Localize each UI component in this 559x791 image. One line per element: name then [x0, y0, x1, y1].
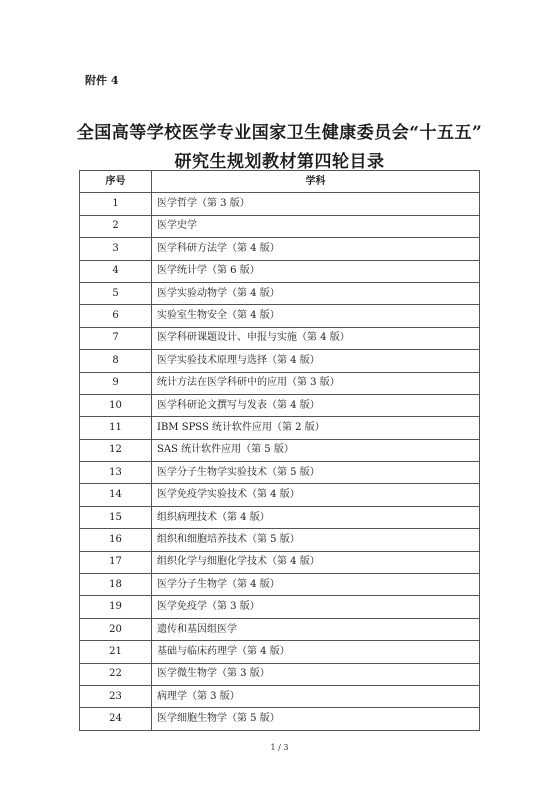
table-row: 14医学免疫学实验技术（第 4 版） [80, 484, 480, 506]
table-row: 19医学免疫学（第 3 版） [80, 596, 480, 618]
row-subject: 遗传和基因组医学 [152, 618, 480, 640]
row-number: 22 [80, 663, 152, 685]
row-subject: 基础与临床药理学（第 4 版） [152, 641, 480, 663]
table-row: 10医学科研论文撰写与发表（第 4 版） [80, 394, 480, 416]
row-number: 13 [80, 462, 152, 484]
table-row: 5医学实验动物学（第 4 版） [80, 282, 480, 304]
table-row: 12SAS 统计软件应用（第 5 版） [80, 439, 480, 461]
row-subject: 医学免疫学（第 3 版） [152, 596, 480, 618]
row-subject: 医学科研论文撰写与发表（第 4 版） [152, 394, 480, 416]
row-subject: 医学统计学（第 6 版） [152, 260, 480, 282]
row-number: 21 [80, 641, 152, 663]
row-number: 4 [80, 260, 152, 282]
page-number: 1 / 3 [0, 743, 559, 752]
column-header-number: 序号 [80, 171, 152, 193]
table-row: 15组织病理技术（第 4 版） [80, 506, 480, 528]
row-number: 16 [80, 529, 152, 551]
row-number: 5 [80, 282, 152, 304]
row-subject: 组织病理技术（第 4 版） [152, 506, 480, 528]
attachment-label: 附件 4 [85, 72, 118, 88]
row-subject: 医学分子生物学（第 4 版） [152, 574, 480, 596]
row-number: 6 [80, 305, 152, 327]
row-subject: IBM SPSS 统计软件应用（第 2 版） [152, 417, 480, 439]
table-row: 3医学科研方法学（第 4 版） [80, 238, 480, 260]
row-number: 12 [80, 439, 152, 461]
row-subject: 医学实验动物学（第 4 版） [152, 282, 480, 304]
table-row: 2医学史学 [80, 215, 480, 237]
row-number: 14 [80, 484, 152, 506]
table-row: 17组织化学与细胞化学技术（第 4 版） [80, 551, 480, 573]
table-row: 22医学微生物学（第 3 版） [80, 663, 480, 685]
row-number: 15 [80, 506, 152, 528]
table-row: 13医学分子生物学实验技术（第 5 版） [80, 462, 480, 484]
row-subject: 医学微生物学（第 3 版） [152, 663, 480, 685]
document-title-line-2: 研究生规划教材第四轮目录 [0, 147, 559, 172]
column-header-subject: 学科 [152, 171, 480, 193]
row-number: 9 [80, 372, 152, 394]
row-subject: 医学哲学（第 3 版） [152, 193, 480, 215]
table-row: 18医学分子生物学（第 4 版） [80, 574, 480, 596]
table-row: 1医学哲学（第 3 版） [80, 193, 480, 215]
row-number: 10 [80, 394, 152, 416]
document-title-line-1: 全国高等学校医学专业国家卫生健康委员会“十五五” [0, 118, 559, 143]
row-subject: 医学科研方法学（第 4 版） [152, 238, 480, 260]
row-number: 3 [80, 238, 152, 260]
row-number: 18 [80, 574, 152, 596]
row-subject: 医学科研课题设计、申报与实施（第 4 版） [152, 327, 480, 349]
table-row: 23病理学（第 3 版） [80, 685, 480, 707]
row-number: 11 [80, 417, 152, 439]
row-number: 20 [80, 618, 152, 640]
row-subject: 医学史学 [152, 215, 480, 237]
row-number: 23 [80, 685, 152, 707]
table-row: 24医学细胞生物学（第 5 版） [80, 708, 480, 730]
row-number: 1 [80, 193, 152, 215]
row-number: 7 [80, 327, 152, 349]
row-subject: 医学分子生物学实验技术（第 5 版） [152, 462, 480, 484]
row-subject: 医学免疫学实验技术（第 4 版） [152, 484, 480, 506]
row-number: 19 [80, 596, 152, 618]
row-subject: 组织化学与细胞化学技术（第 4 版） [152, 551, 480, 573]
row-number: 8 [80, 350, 152, 372]
row-subject: SAS 统计软件应用（第 5 版） [152, 439, 480, 461]
table-row: 8医学实验技术原理与选择（第 4 版） [80, 350, 480, 372]
row-subject: 医学细胞生物学（第 5 版） [152, 708, 480, 730]
table-row: 21基础与临床药理学（第 4 版） [80, 641, 480, 663]
table-row: 16组织和细胞培养技术（第 5 版） [80, 529, 480, 551]
table-header-row: 序号 学科 [80, 171, 480, 193]
row-subject: 实验室生物安全（第 4 版） [152, 305, 480, 327]
table-row: 11IBM SPSS 统计软件应用（第 2 版） [80, 417, 480, 439]
row-number: 2 [80, 215, 152, 237]
row-number: 17 [80, 551, 152, 573]
table-row: 6实验室生物安全（第 4 版） [80, 305, 480, 327]
textbook-catalog-table: 序号 学科 1医学哲学（第 3 版）2医学史学3医学科研方法学（第 4 版）4医… [79, 170, 480, 731]
row-number: 24 [80, 708, 152, 730]
table-row: 4医学统计学（第 6 版） [80, 260, 480, 282]
table-row: 9统计方法在医学科研中的应用（第 3 版） [80, 372, 480, 394]
table-row: 20遗传和基因组医学 [80, 618, 480, 640]
row-subject: 医学实验技术原理与选择（第 4 版） [152, 350, 480, 372]
row-subject: 病理学（第 3 版） [152, 685, 480, 707]
table-row: 7医学科研课题设计、申报与实施（第 4 版） [80, 327, 480, 349]
row-subject: 组织和细胞培养技术（第 5 版） [152, 529, 480, 551]
row-subject: 统计方法在医学科研中的应用（第 3 版） [152, 372, 480, 394]
